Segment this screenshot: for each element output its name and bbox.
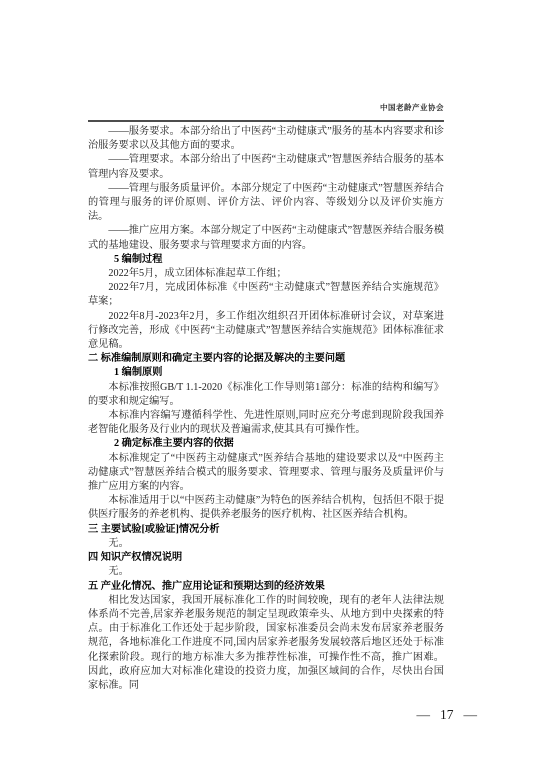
- paragraph: 本标准内容编写遵循科学性、先进性原则,同时应充分考虑到现阶段我国养老智能化服务及…: [88, 409, 444, 437]
- paragraph: ——推广应用方案。本部分规定了中医药“主动健康式”智慧医养结合服务模式的基地建设…: [88, 224, 444, 252]
- footer-dash-right: —: [464, 707, 478, 723]
- header-rule: [88, 120, 444, 122]
- chapter-heading: 四 知识产权情况说明: [88, 551, 444, 565]
- paragraph: 相比发达国家，我国开展标准化工作的时间较晚，现有的老年人法律法规体系尚不完善,居…: [88, 594, 444, 693]
- paragraph: 本标准适用于以“中医药主动健康”为特色的医养结合机构，包括但不限于提供医疗服务的…: [88, 494, 444, 522]
- document-body: ——服务要求。本部分给出了中医药“主动健康式”服务的基本内容要求和诊治服务要求以…: [88, 125, 444, 693]
- paragraph: ——管理与服务质量评价。本部分规定了中医药“主动健康式”智慧医养结合的管理与服务…: [88, 182, 444, 225]
- paragraph: ——管理要求。本部分给出了中医药“主动健康式”智慧医养结合服务的基本管理内容及要…: [88, 153, 444, 181]
- page-footer: — 17 —: [417, 707, 478, 723]
- chapter-heading: 二 标准编制原则和确定主要内容的论据及解决的主要问题: [88, 352, 444, 366]
- paragraph: 2022年8月-2023年2月，多工作组次组织召开团体标准研讨会议，对草案进行修…: [88, 310, 444, 353]
- paragraph: 无。: [88, 565, 444, 579]
- paragraph: 本标准规定了“中医药主动健康式”医养结合基地的建设要求以及“中医药主动健康式”智…: [88, 452, 444, 495]
- section-heading: 2 确定标准主要内容的依据: [88, 437, 444, 451]
- paragraph: 无。: [88, 537, 444, 551]
- paragraph: 2022年5月，成立团体标准起草工作组；: [88, 267, 444, 281]
- footer-dash-left: —: [417, 707, 431, 723]
- section-heading: 5 编制过程: [88, 253, 444, 267]
- page-number: 17: [440, 707, 454, 723]
- paragraph: 2022年7月，完成团体标准《中医药“主动健康式”智慧医养结合实施规范》草案；: [88, 281, 444, 309]
- page-header: 中国老龄产业协会: [88, 97, 444, 122]
- header-org-name: 中国老龄产业协会: [380, 103, 444, 112]
- document-page: 中国老龄产业协会 ——服务要求。本部分给出了中医药“主动健康式”服务的基本内容要…: [0, 0, 550, 778]
- section-heading: 1 编制原则: [88, 366, 444, 380]
- paragraph: 本标准按照GB/T 1.1-2020《标准化工作导则第1部分：标准的结构和编写》…: [88, 381, 444, 409]
- chapter-heading: 三 主要试验[或验证]情况分析: [88, 523, 444, 537]
- paragraph: ——服务要求。本部分给出了中医药“主动健康式”服务的基本内容要求和诊治服务要求以…: [88, 125, 444, 153]
- chapter-heading: 五 产业化情况、推广应用论证和预期达到的经济效果: [88, 580, 444, 594]
